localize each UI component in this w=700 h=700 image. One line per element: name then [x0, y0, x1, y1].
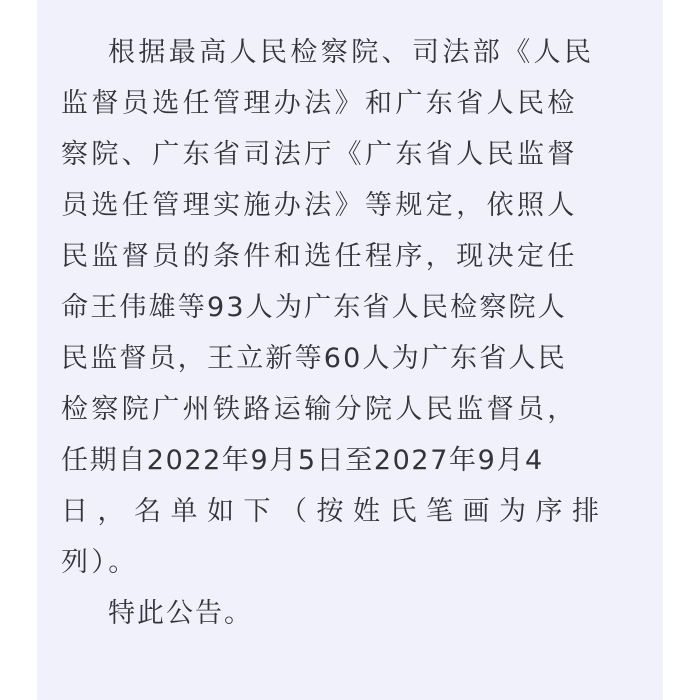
- paragraph-line: 根据最高人民检察院、司法部《人民: [61, 27, 641, 78]
- paragraph-line: 监督员选任管理办法》和广东省人民检: [61, 78, 641, 129]
- paragraph-line: 任期自2022年9月5日至2027年9月4: [61, 435, 641, 486]
- paragraph-line: 列）。: [61, 537, 641, 588]
- paragraph-line: 察院、广东省司法厅《广东省人民监督: [61, 129, 641, 180]
- paragraph-line: 命王伟雄等93人为广东省人民检察院人: [61, 282, 641, 333]
- paragraph-line: 民监督员，王立新等60人为广东省人民: [61, 333, 641, 384]
- closing-line: 特此公告。: [61, 588, 641, 639]
- paragraph-line: 日，名单如下（按姓氏笔画为序排: [61, 486, 641, 537]
- paragraph-line: 民监督员的条件和选任程序，现决定任: [61, 231, 641, 282]
- paragraph-line: 检察院广州铁路运输分院人民监督员，: [61, 384, 641, 435]
- announcement-text: 根据最高人民检察院、司法部《人民 监督员选任管理办法》和广东省人民检 察院、广东…: [61, 27, 641, 639]
- paragraph-line: 员选任管理实施办法》等规定，依照人: [61, 180, 641, 231]
